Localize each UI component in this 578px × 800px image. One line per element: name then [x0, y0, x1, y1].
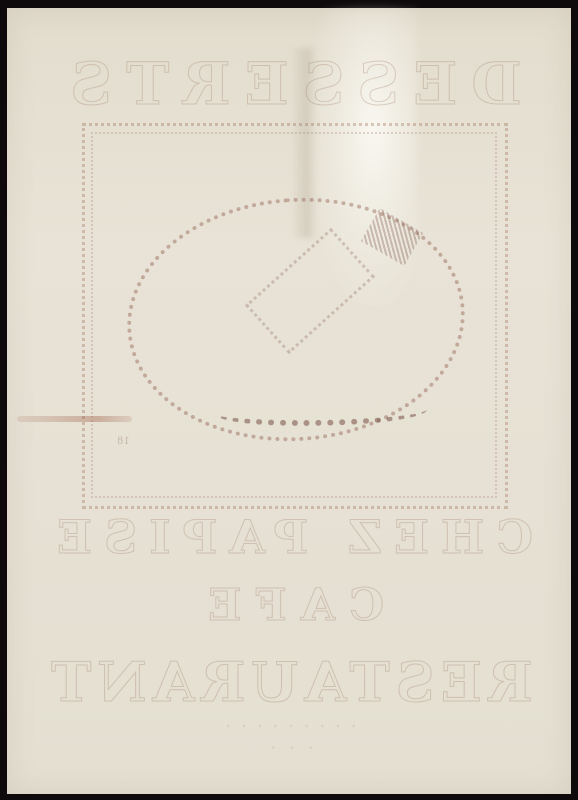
ghost-line-restaurant: RESTAURANT — [7, 650, 571, 714]
ghost-title-desserts: DESSERTS — [7, 50, 571, 118]
ghost-line-restaurant-name: CHEZ PAPISE — [7, 510, 571, 564]
ghost-small-text-2: · · · — [7, 743, 571, 754]
ghost-frame-number: 18 — [117, 436, 130, 447]
ghost-small-text-1: · · · · · · · · · — [7, 720, 571, 733]
ghost-line-cafe: CAFE — [7, 580, 571, 631]
menu-sheet-back: DESSERTS 18 CHEZ PAPISE CAFE RESTAURANT … — [7, 8, 571, 794]
